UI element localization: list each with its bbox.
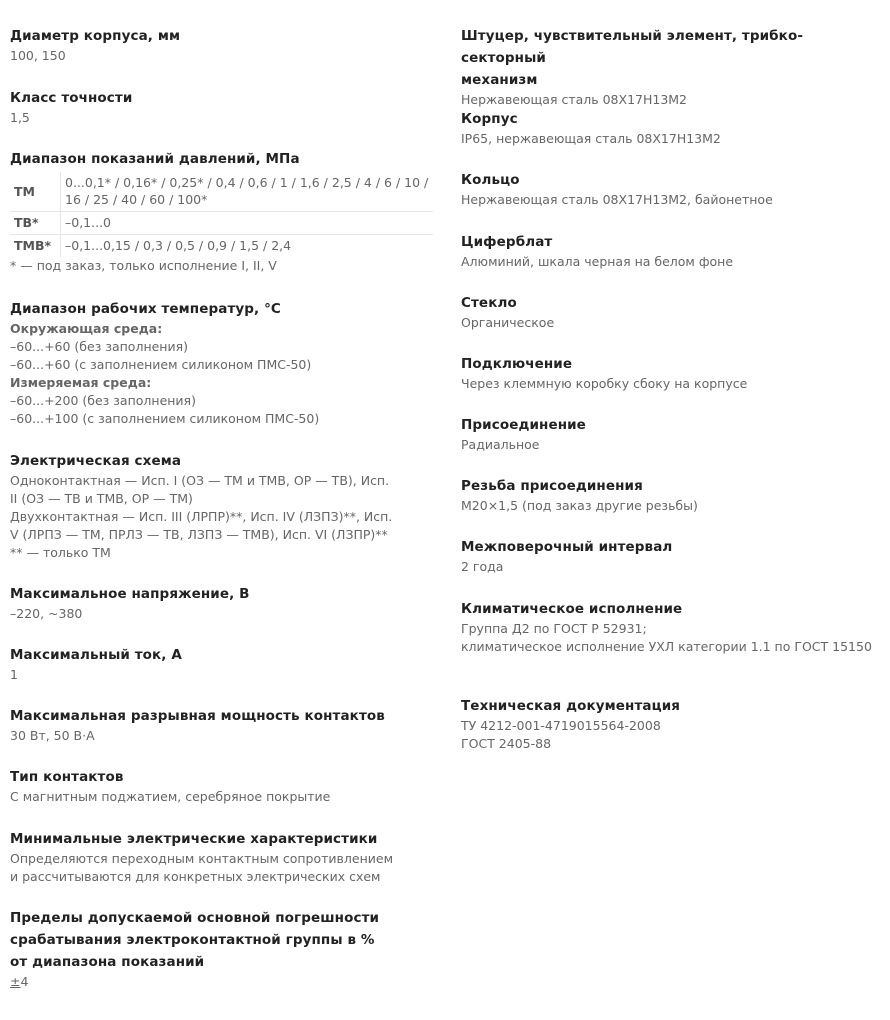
spec-title: Подключение [461, 353, 881, 375]
spec-accuracy: Класс точности 1,5 [10, 87, 435, 127]
ambient-line: –60...+60 (без заполнения) [10, 338, 435, 356]
spec-contact-type: Тип контактов С магнитным поджатием, сер… [10, 766, 435, 806]
table-row: ТМВ* –0,1...0,15 / 0,3 / 0,5 / 0,9 / 1,5… [10, 235, 433, 258]
spec-connection: Подключение Через клеммную коробку сбоку… [461, 353, 881, 393]
circuit-line: Двухконтактная — Исп. III (ЛРПР)**, Исп.… [10, 508, 435, 526]
spec-temperature: Диапазон рабочих температур, °С Окружающ… [10, 298, 435, 428]
spec-max-current: Максимальный ток, А 1 [10, 644, 435, 684]
spec-value: Определяются переходным контактным сопро… [10, 850, 435, 886]
spec-title: Корпус [461, 108, 881, 130]
spec-title: Максимальная разрывная мощность контакто… [10, 705, 435, 727]
value-line: климатическое исполнение УХЛ категории 1… [461, 638, 881, 656]
spec-title: Максимальное напряжение, В [10, 583, 435, 605]
spec-error-limits: Пределы допускаемой основной погрешности… [10, 907, 435, 991]
table-row: ТВ* –0,1...0 [10, 212, 433, 235]
spec-calibration: Межповерочный интервал 2 года [461, 536, 881, 576]
spec-title: Максимальный ток, А [10, 644, 435, 666]
title-line: срабатывания электроконтактной группы в … [10, 929, 435, 951]
range-key: ТМВ* [10, 235, 61, 258]
value-line: и рассчитываются для конкретных электрич… [10, 868, 435, 886]
spec-value: 100, 150 [10, 47, 435, 65]
title-line: от диапазона показаний [10, 951, 435, 973]
range-value: –0,1...0,15 / 0,3 / 0,5 / 0,9 / 1,5 / 2,… [61, 235, 434, 258]
spec-title: Диапазон рабочих температур, °С [10, 298, 435, 320]
spec-max-voltage: Максимальное напряжение, В –220, ~380 [10, 583, 435, 623]
spec-circuit: Электрическая схема Одноконтактная — Исп… [10, 450, 435, 562]
spec-title: Присоединение [461, 414, 881, 436]
pressure-range-table: ТМ 0...0,1* / 0,16* / 0,25* / 0,4 / 0,6 … [10, 172, 433, 257]
spec-title: Класс точности [10, 87, 435, 109]
spec-value: 1,5 [10, 109, 435, 127]
spec-value: Нержавеющая сталь 08Х17Н13М2 [461, 91, 881, 109]
spec-value: Одноконтактная — Исп. I (ОЗ — ТМ и ТМВ, … [10, 472, 435, 562]
spec-title: Циферблат [461, 231, 881, 253]
spec-value: 1 [10, 666, 435, 684]
spec-climate: Климатическое исполнение Группа Д2 по ГО… [461, 598, 881, 656]
value-line: ТУ 4212-001-4719015564-2008 [461, 717, 881, 735]
spec-diameter: Диаметр корпуса, мм 100, 150 [10, 25, 435, 65]
range-value: 0...0,1* / 0,16* / 0,25* / 0,4 / 0,6 / 1… [61, 172, 434, 212]
spec-value: ±4 [10, 973, 435, 991]
plus-minus-sign: ± [10, 974, 20, 989]
spec-title: Климатическое исполнение [461, 598, 881, 620]
spec-value: –220, ~380 [10, 605, 435, 623]
spec-fitting: Штуцер, чувствительный элемент, трибко-с… [461, 25, 881, 109]
value-line: Группа Д2 по ГОСТ Р 52931; [461, 620, 881, 638]
range-value: –0,1...0 [61, 212, 434, 235]
spec-value: Группа Д2 по ГОСТ Р 52931; климатическое… [461, 620, 881, 656]
spec-value: Окружающая среда: –60...+60 (без заполне… [10, 320, 435, 428]
spec-min-electrical: Минимальные электрические характеристики… [10, 828, 435, 886]
spec-title: Штуцер, чувствительный элемент, трибко-с… [461, 25, 881, 91]
circuit-line: II (ОЗ — ТВ и ТМВ, ОР — ТМ) [10, 490, 435, 508]
spec-value: Нержавеющая сталь 08Х17Н13М2, байонетное [461, 191, 881, 209]
spec-value: 2 года [461, 558, 881, 576]
circuit-line: Одноконтактная — Исп. I (ОЗ — ТМ и ТМВ, … [10, 472, 435, 490]
pressure-range-note: * — под заказ, только исполнение I, II, … [10, 257, 435, 275]
spec-title: Тип контактов [10, 766, 435, 788]
value-line: Определяются переходным контактным сопро… [10, 850, 435, 868]
spec-title: Пределы допускаемой основной погрешности… [10, 907, 435, 973]
spec-value: Органическое [461, 314, 881, 332]
spec-value: Радиальное [461, 436, 881, 454]
spec-value: IP65, нержавеющая сталь 08Х17Н13М2 [461, 130, 881, 148]
spec-title: Стекло [461, 292, 881, 314]
spec-value: ТУ 4212-001-4719015564-2008 ГОСТ 2405-88 [461, 717, 881, 753]
title-line: Штуцер, чувствительный элемент, трибко-с… [461, 25, 881, 69]
title-line: Пределы допускаемой основной погрешности [10, 907, 435, 929]
spec-value: Алюминий, шкала черная на белом фоне [461, 253, 881, 271]
spec-pressure-range: Диапазон показаний давлений, МПа ТМ 0...… [10, 148, 435, 275]
ambient-line: –60...+60 (с заполнением силиконом ПМС-5… [10, 356, 435, 374]
spec-title: Диаметр корпуса, мм [10, 25, 435, 47]
spec-value: С магнитным поджатием, серебряное покрыт… [10, 788, 435, 806]
range-key: ТВ* [10, 212, 61, 235]
ambient-label: Окружающая среда: [10, 320, 435, 338]
spec-glass: Стекло Органическое [461, 292, 881, 332]
spec-title: Минимальные электрические характеристики [10, 828, 435, 850]
title-line: механизм [461, 69, 881, 91]
spec-dial: Циферблат Алюминий, шкала черная на бело… [461, 231, 881, 271]
spec-title: Диапазон показаний давлений, МПа [10, 148, 435, 170]
spec-ring: Кольцо Нержавеющая сталь 08Х17Н13М2, бай… [461, 169, 881, 209]
spec-housing: Корпус IP65, нержавеющая сталь 08Х17Н13М… [461, 108, 881, 148]
measured-line: –60...+200 (без заполнения) [10, 392, 435, 410]
spec-title: Кольцо [461, 169, 881, 191]
table-row: ТМ 0...0,1* / 0,16* / 0,25* / 0,4 / 0,6 … [10, 172, 433, 212]
spec-title: Резьба присоединения [461, 475, 881, 497]
spec-title: Электрическая схема [10, 450, 435, 472]
value-line: ГОСТ 2405-88 [461, 735, 881, 753]
spec-title: Техническая документация [461, 695, 881, 717]
spec-breaking-power: Максимальная разрывная мощность контакто… [10, 705, 435, 745]
spec-title: Межповерочный интервал [461, 536, 881, 558]
measured-line: –60...+100 (с заполнением силиконом ПМС-… [10, 410, 435, 428]
circuit-line: V (ЛРПЗ — ТМ, ПРЛЗ — ТВ, ЛЗПЗ — ТМВ), Ис… [10, 526, 435, 544]
spec-value: Через клеммную коробку сбоку на корпусе [461, 375, 881, 393]
spec-value: М20×1,5 (под заказ другие резьбы) [461, 497, 881, 515]
circuit-line: ** — только ТМ [10, 544, 435, 562]
spec-value: 30 Вт, 50 В·А [10, 727, 435, 745]
spec-thread: Резьба присоединения М20×1,5 (под заказ … [461, 475, 881, 515]
spec-mounting: Присоединение Радиальное [461, 414, 881, 454]
error-value: 4 [20, 974, 28, 989]
spec-documentation: Техническая документация ТУ 4212-001-471… [461, 695, 881, 753]
range-key: ТМ [10, 172, 61, 212]
measured-label: Измеряемая среда: [10, 374, 435, 392]
